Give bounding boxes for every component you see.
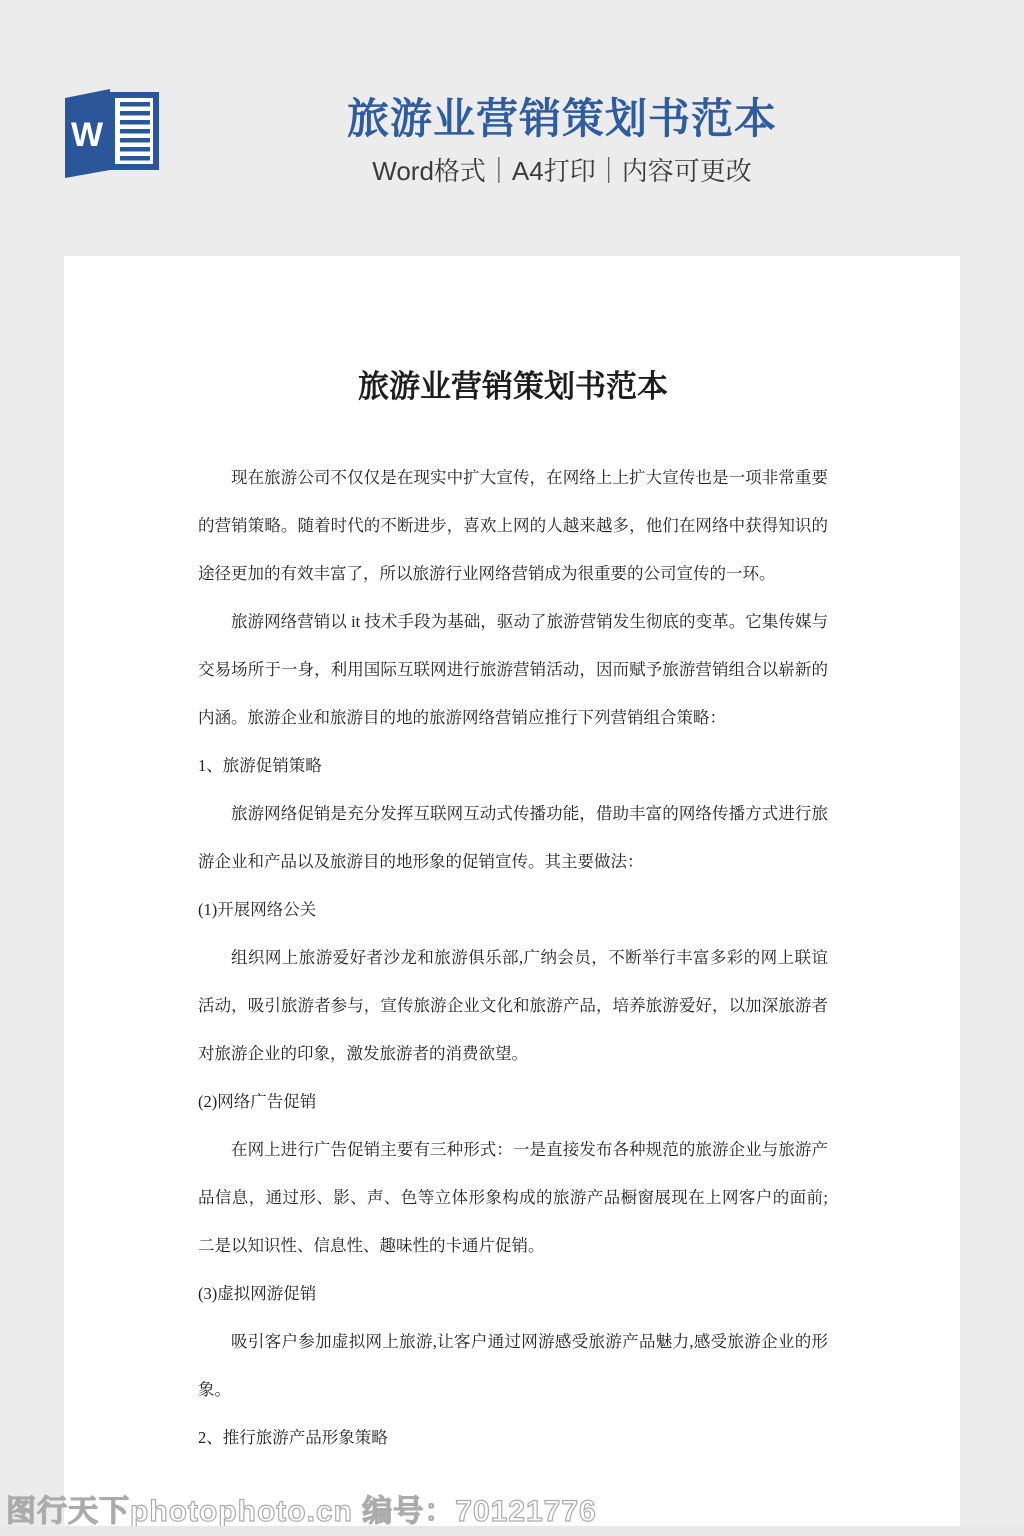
header-text-block: 旅游业营销策划书范本 Word格式｜A4打印｜内容可更改 — [342, 94, 782, 187]
header-subtitle: Word格式｜A4打印｜内容可更改 — [342, 155, 782, 187]
document-paragraph: 组织网上旅游爱好者沙龙和旅游俱乐部,广纳会员，不断举行丰富多彩的网上联谊活动，吸… — [198, 934, 828, 1078]
document-paragraph: 在网上进行广告促销主要有三种形式：一是直接发布各种规范的旅游企业与旅游产品信息，… — [198, 1126, 828, 1270]
document-paragraph: 2、推行旅游产品形象策略 — [198, 1414, 828, 1462]
document-paragraph: (1)开展网络公关 — [198, 886, 828, 934]
bottom-strip — [0, 1526, 1024, 1536]
header-banner: W 旅游业营销策划书范本 Word格式｜A4打印｜内容可更改 — [0, 0, 1024, 256]
document-body: 现在旅游公司不仅仅是在现实中扩大宣传，在网络上上扩大宣传也是一项非常重要的营销策… — [198, 454, 828, 1462]
word-icon-letter: W — [71, 116, 104, 154]
document-paragraph: (3)虚拟网游促销 — [198, 1270, 828, 1318]
document-paragraph: 旅游网络营销以 it 技术手段为基础，驱动了旅游营销发生彻底的变革。它集传媒与交… — [198, 598, 828, 742]
site-watermark: 图行天下photophoto.cn 编号：70121776 — [6, 1486, 597, 1530]
document-paragraph: (2)网络广告促销 — [198, 1078, 828, 1126]
template-preview-page: W 旅游业营销策划书范本 Word格式｜A4打印｜内容可更改 旅游业营销策划书范… — [0, 0, 1024, 1536]
document-page: 旅游业营销策划书范本 现在旅游公司不仅仅是在现实中扩大宣传，在网络上上扩大宣传也… — [64, 256, 960, 1526]
header-title: 旅游业营销策划书范本 — [342, 94, 782, 144]
word-icon: W — [62, 86, 162, 178]
document-paragraph: 吸引客户参加虚拟网上旅游,让客户通过网游感受旅游产品魅力,感受旅游企业的形象。 — [198, 1318, 828, 1414]
document-paragraph: 1、旅游促销策略 — [198, 742, 828, 790]
document-title: 旅游业营销策划书范本 — [198, 366, 828, 408]
document-paragraph: 现在旅游公司不仅仅是在现实中扩大宣传，在网络上上扩大宣传也是一项非常重要的营销策… — [198, 454, 828, 598]
document-paragraph: 旅游网络促销是充分发挥互联网互动式传播功能，借助丰富的网络传播方式进行旅游企业和… — [198, 790, 828, 886]
